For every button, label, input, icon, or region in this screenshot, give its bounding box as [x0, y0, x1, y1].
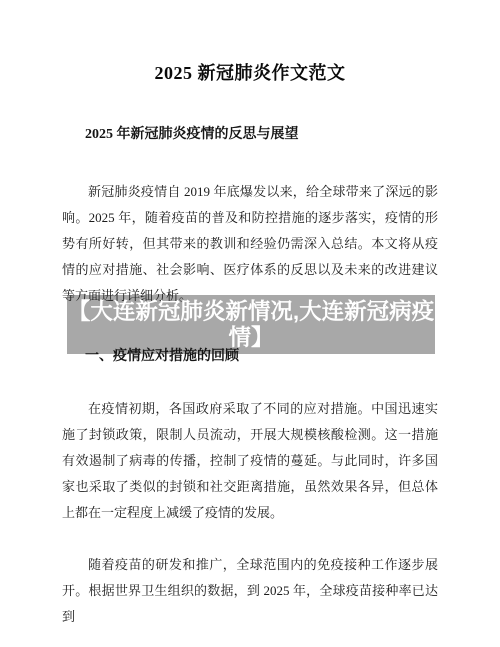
intro-paragraph: 新冠肺炎疫情自 2019 年底爆发以来，给全球带来了深远的影响。2025 年，随…	[62, 179, 438, 309]
page-title: 2025 新冠肺炎作文范文	[62, 0, 438, 85]
essay-subtitle: 2025 年新冠肺炎疫情的反思与展望	[62, 123, 438, 143]
section2-paragraph: 随着疫苗的研发和推广，全球范围内的免疫接种工作逐步展开。根据世界卫生组织的数据，…	[62, 552, 438, 630]
document-page: 2025 新冠肺炎作文范文 2025 年新冠肺炎疫情的反思与展望 新冠肺炎疫情自…	[0, 0, 500, 647]
section1-heading: 一、疫情应对措施的回顾	[62, 347, 438, 367]
document-body: 2025 新冠肺炎作文范文 2025 年新冠肺炎疫情的反思与展望 新冠肺炎疫情自…	[0, 0, 500, 630]
section1-paragraph: 在疫情初期，各国政府采取了不同的应对措施。中国迅速实施了封锁政策，限制人员流动，…	[62, 396, 438, 526]
